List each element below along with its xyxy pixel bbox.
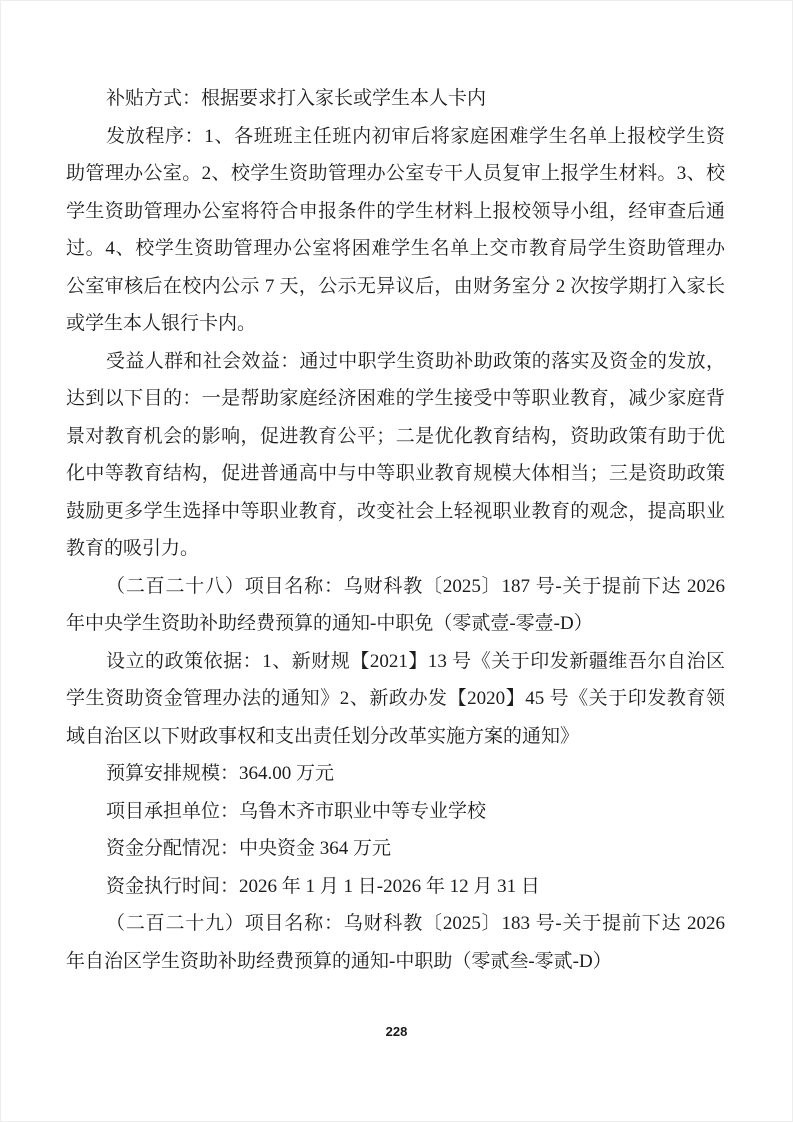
text-line: 公室审核后在校内公示 7 天，公示无异议后，由财务室分 2 次按学期打入家长 <box>66 268 725 306</box>
text-line: 鼓励更多学生选择中等职业教育，改变社会上轻视职业教育的观念，提高职业 <box>66 493 725 531</box>
text-line: 项目承担单位：乌鲁木齐市职业中等专业学校 <box>66 793 725 831</box>
text-line: 教育的吸引力。 <box>66 530 725 568</box>
text-line: 化中等教育结构，促进普通高中与中等职业教育规模大体相当；三是资助政策 <box>66 455 725 493</box>
text-line: 年自治区学生资助补助经费预算的通知-中职助（零贰叁-零贰-D） <box>66 943 725 981</box>
text-line: 或学生本人银行卡内。 <box>66 305 725 343</box>
page-number: 228 <box>0 1024 793 1039</box>
text-line: 补贴方式：根据要求打入家长或学生本人卡内 <box>66 80 725 118</box>
text-line: 过。4、校学生资助管理办公室将困难学生名单上交市教育局学生资助管理办 <box>66 230 725 268</box>
text-line: 学生资助资金管理办法的通知》2、新政办发【2020】45 号《关于印发教育领 <box>66 680 725 718</box>
text-line: 年中央学生资助补助经费预算的通知-中职免（零贰壹-零壹-D） <box>66 605 725 643</box>
text-line: 资金执行时间：2026 年 1 月 1 日-2026 年 12 月 31 日 <box>66 868 725 906</box>
text-line: 域自治区以下财政事权和支出责任划分改革实施方案的通知》 <box>66 718 725 756</box>
text-line: 受益人群和社会效益：通过中职学生资助补助政策的落实及资金的发放， <box>66 343 725 381</box>
text-line: 达到以下目的：一是帮助家庭经济困难的学生接受中等职业教育，减少家庭背 <box>66 380 725 418</box>
text-line: 助管理办公室。2、校学生资助管理办公室专干人员复审上报学生材料。3、校 <box>66 155 725 193</box>
text-line: 学生资助管理办公室将符合申报条件的学生材料上报校领导小组，经审查后通 <box>66 193 725 231</box>
text-line: （二百二十九）项目名称：乌财科教〔2025〕183 号-关于提前下达 2026 <box>66 905 725 943</box>
document-body: 补贴方式：根据要求打入家长或学生本人卡内发放程序：1、各班班主任班内初审后将家庭… <box>66 80 725 980</box>
text-line: 预算安排规模：364.00 万元 <box>66 755 725 793</box>
document-page: 补贴方式：根据要求打入家长或学生本人卡内发放程序：1、各班班主任班内初审后将家庭… <box>0 0 793 1122</box>
text-line: 资金分配情况：中央资金 364 万元 <box>66 830 725 868</box>
text-line: （二百二十八）项目名称：乌财科教〔2025〕187 号-关于提前下达 2026 <box>66 568 725 606</box>
text-line: 设立的政策依据：1、新财规【2021】13 号《关于印发新疆维吾尔自治区 <box>66 643 725 681</box>
text-line: 发放程序：1、各班班主任班内初审后将家庭困难学生名单上报校学生资 <box>66 118 725 156</box>
text-line: 景对教育机会的影响，促进教育公平；二是优化教育结构，资助政策有助于优 <box>66 418 725 456</box>
